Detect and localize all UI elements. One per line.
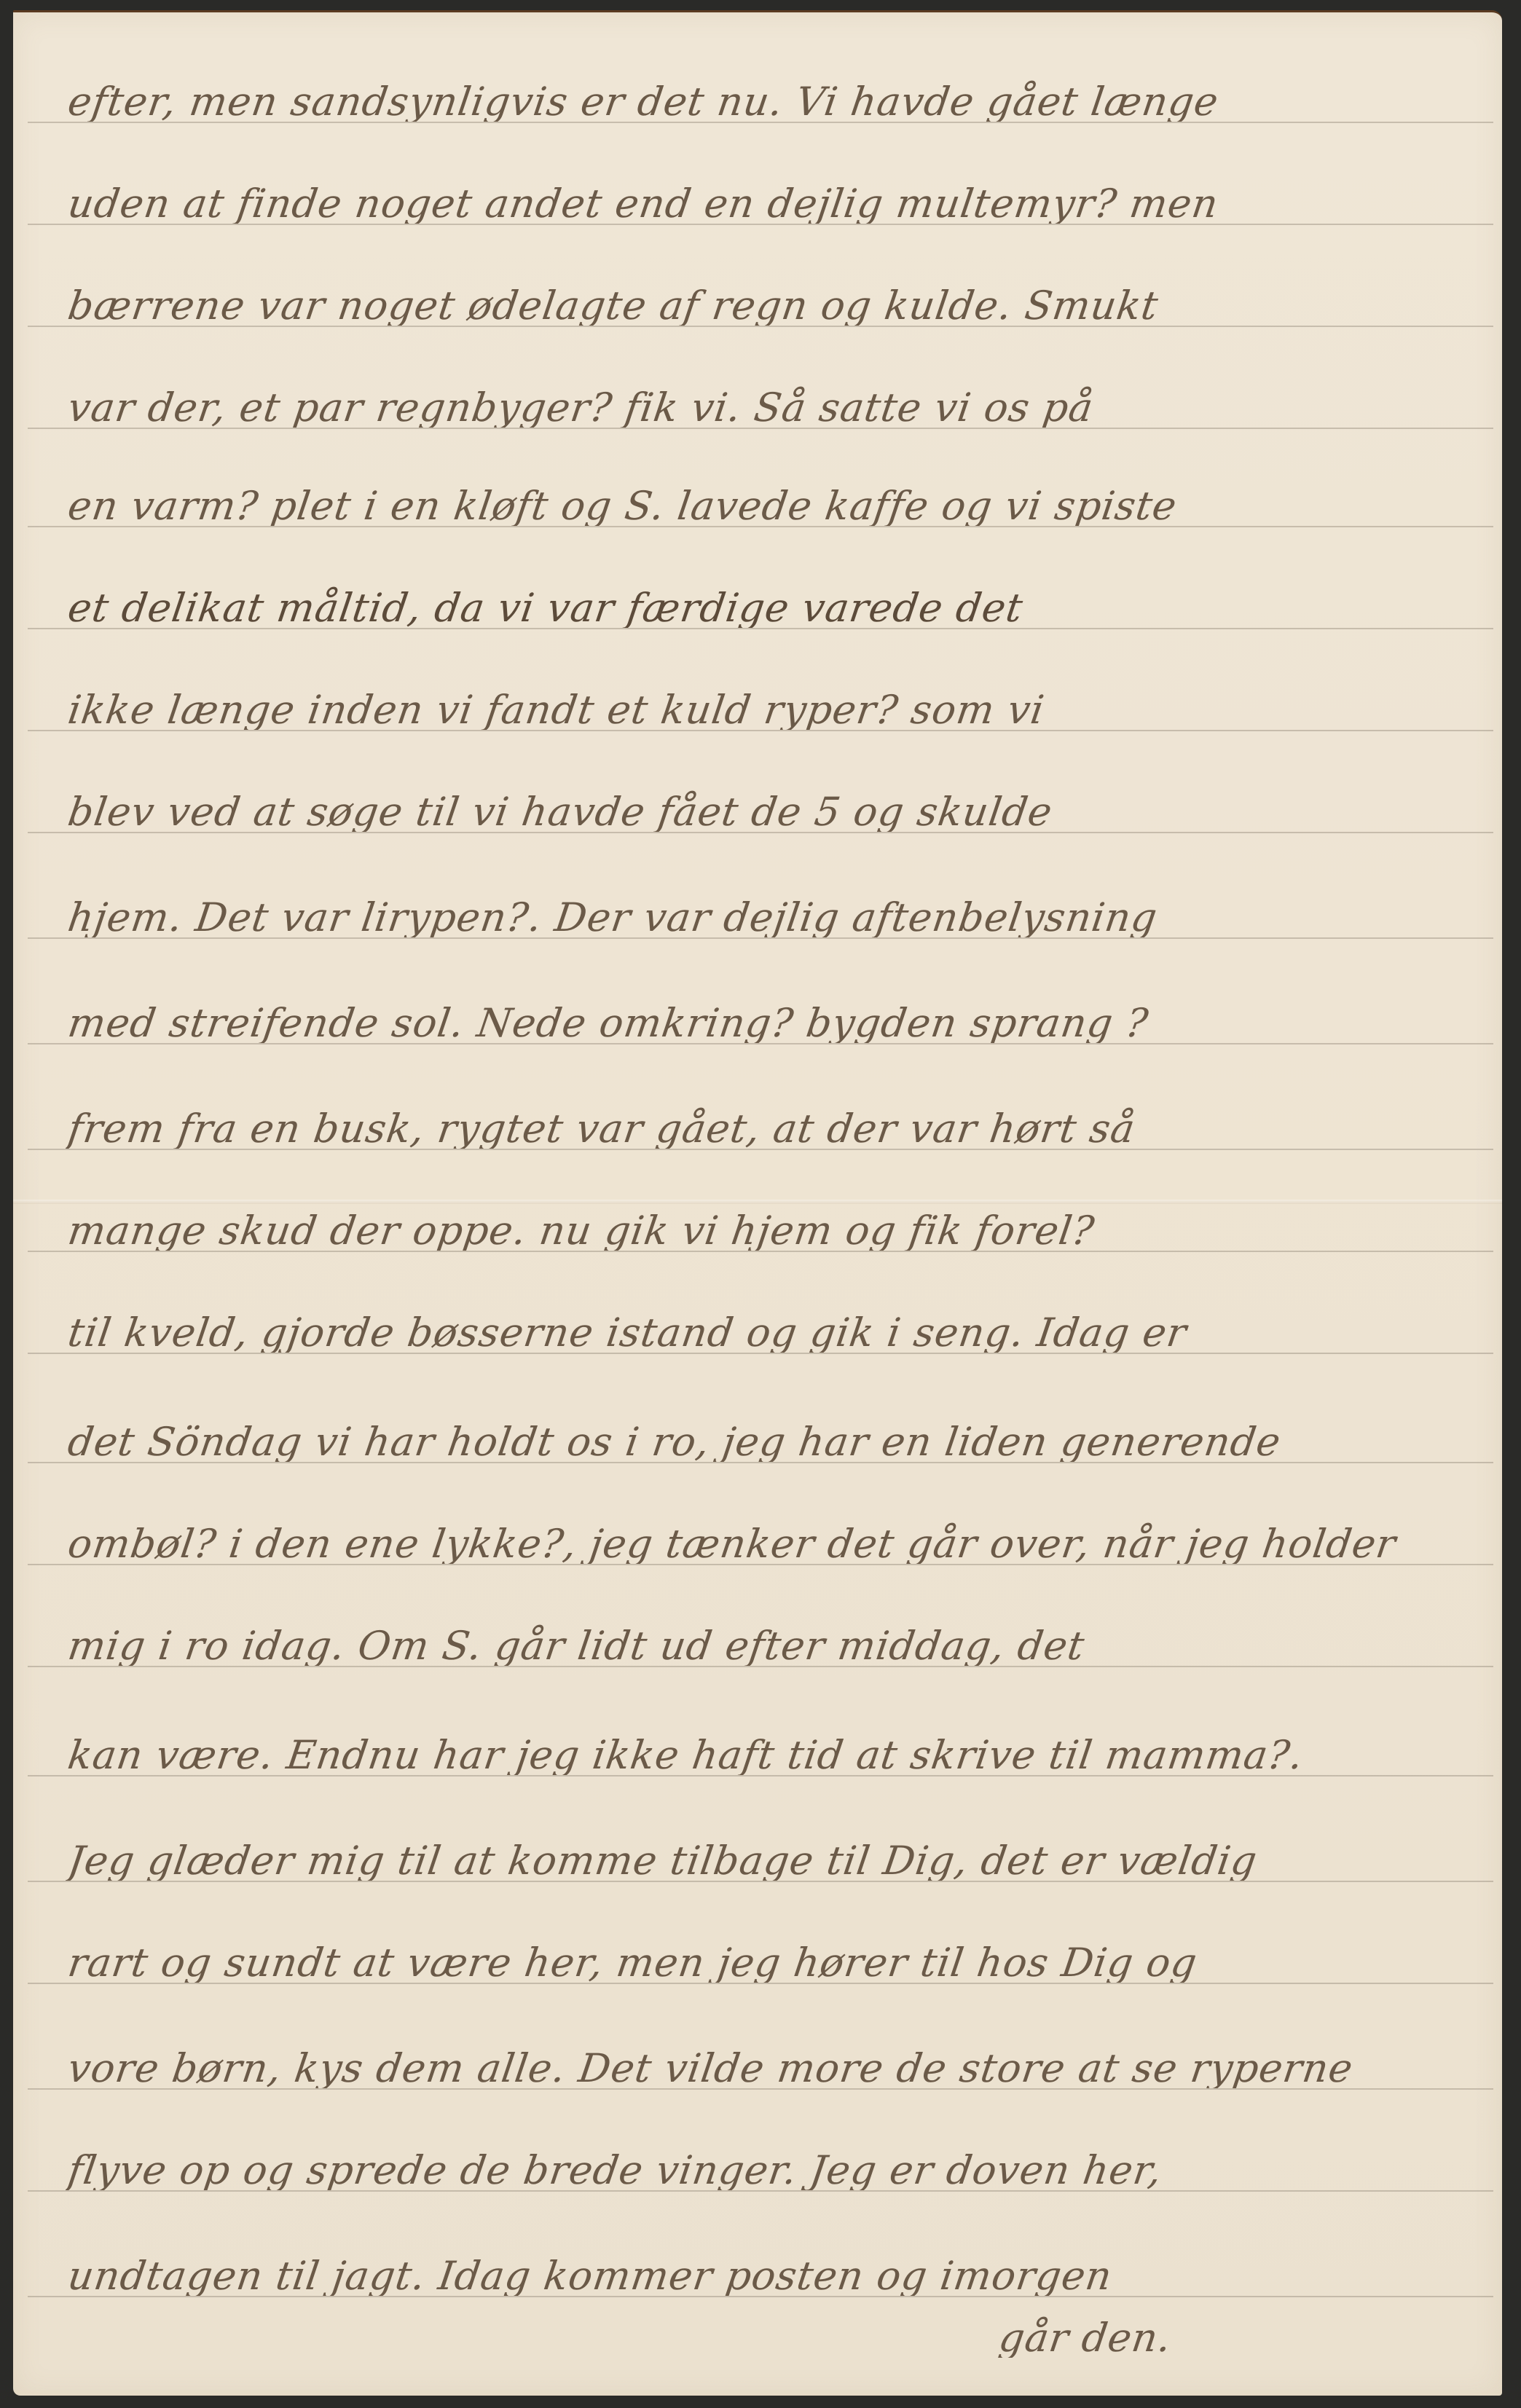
text-line: til kveld, gjorde bøsserne istand og gik… (66, 1272, 1469, 1353)
text-line: undtagen til jagt. Idag kommer posten og… (66, 2216, 1469, 2296)
text-line: mange skud der oppe. nu gik vi hjem og f… (66, 1170, 1469, 1251)
ruled-line (28, 326, 1493, 327)
ruled-line (28, 1462, 1493, 1463)
text-line: med streifende sol. Nede omkring? bygden… (66, 963, 1469, 1043)
ruled-line (28, 1881, 1493, 1882)
text-line: Jeg glæder mig til at komme tilbage til … (66, 1801, 1469, 1881)
text-line: blev ved at søge til vi havde fået de 5 … (66, 752, 1469, 832)
ruled-line (28, 526, 1493, 527)
ruled-line (28, 1149, 1493, 1150)
letter-page: efter, men sandsynligvis er det nu. Vi h… (13, 10, 1502, 2396)
closing-line: går den. (997, 2278, 1180, 2358)
ruled-line (28, 2296, 1493, 2297)
ruled-line (28, 1775, 1493, 1777)
text-line: ikke længe inden vi fandt et kuld ryper?… (66, 650, 1469, 730)
ruled-line (28, 1353, 1493, 1354)
ruled-line (28, 428, 1493, 429)
text-line: flyve op og sprede de brede vinger. Jeg … (66, 2110, 1469, 2190)
text-line: det Söndag vi har holdt os i ro, jeg har… (66, 1382, 1469, 1462)
ruled-line (28, 730, 1493, 731)
ruled-line (28, 1666, 1493, 1667)
ruled-line (28, 1251, 1493, 1252)
text-line: rart og sundt at være her, men jeg hører… (66, 1903, 1469, 1983)
text-line: vore børn, kys dem alle. Det vilde more … (66, 2008, 1469, 2088)
text-line: bærrene var noget ødelagte af regn og ku… (66, 245, 1469, 326)
ruled-line (28, 832, 1493, 833)
ruled-line (28, 628, 1493, 629)
text-line: hjem. Det var lirypen?. Der var dejlig a… (66, 857, 1469, 937)
ruled-line (28, 1043, 1493, 1044)
text-line: kan være. Endnu har jeg ikke haft tid at… (66, 1695, 1469, 1775)
text-line: var der, et par regnbyger? fik vi. Så sa… (66, 347, 1469, 428)
ruled-line (28, 937, 1493, 939)
text-line: ombøl? i den ene lykke?, jeg tænker det … (66, 1484, 1469, 1564)
ruled-line (28, 1564, 1493, 1565)
ruled-line (28, 224, 1493, 225)
text-line: en varm? plet i en kløft og S. lavede ka… (66, 446, 1469, 526)
text-line: efter, men sandsynligvis er det nu. Vi h… (66, 42, 1469, 122)
text-line: mig i ro idag. Om S. går lidt ud efter m… (66, 1586, 1469, 1666)
text-line: et delikat måltid, da vi var færdige var… (66, 548, 1469, 628)
ruled-line (28, 122, 1493, 123)
text-line: frem fra en busk, rygtet var gået, at de… (66, 1069, 1469, 1149)
text-line: uden at finde noget andet end en dejlig … (66, 143, 1469, 224)
ruled-line (28, 2190, 1493, 2192)
ruled-line (28, 1983, 1493, 1984)
ruled-line (28, 2088, 1493, 2090)
